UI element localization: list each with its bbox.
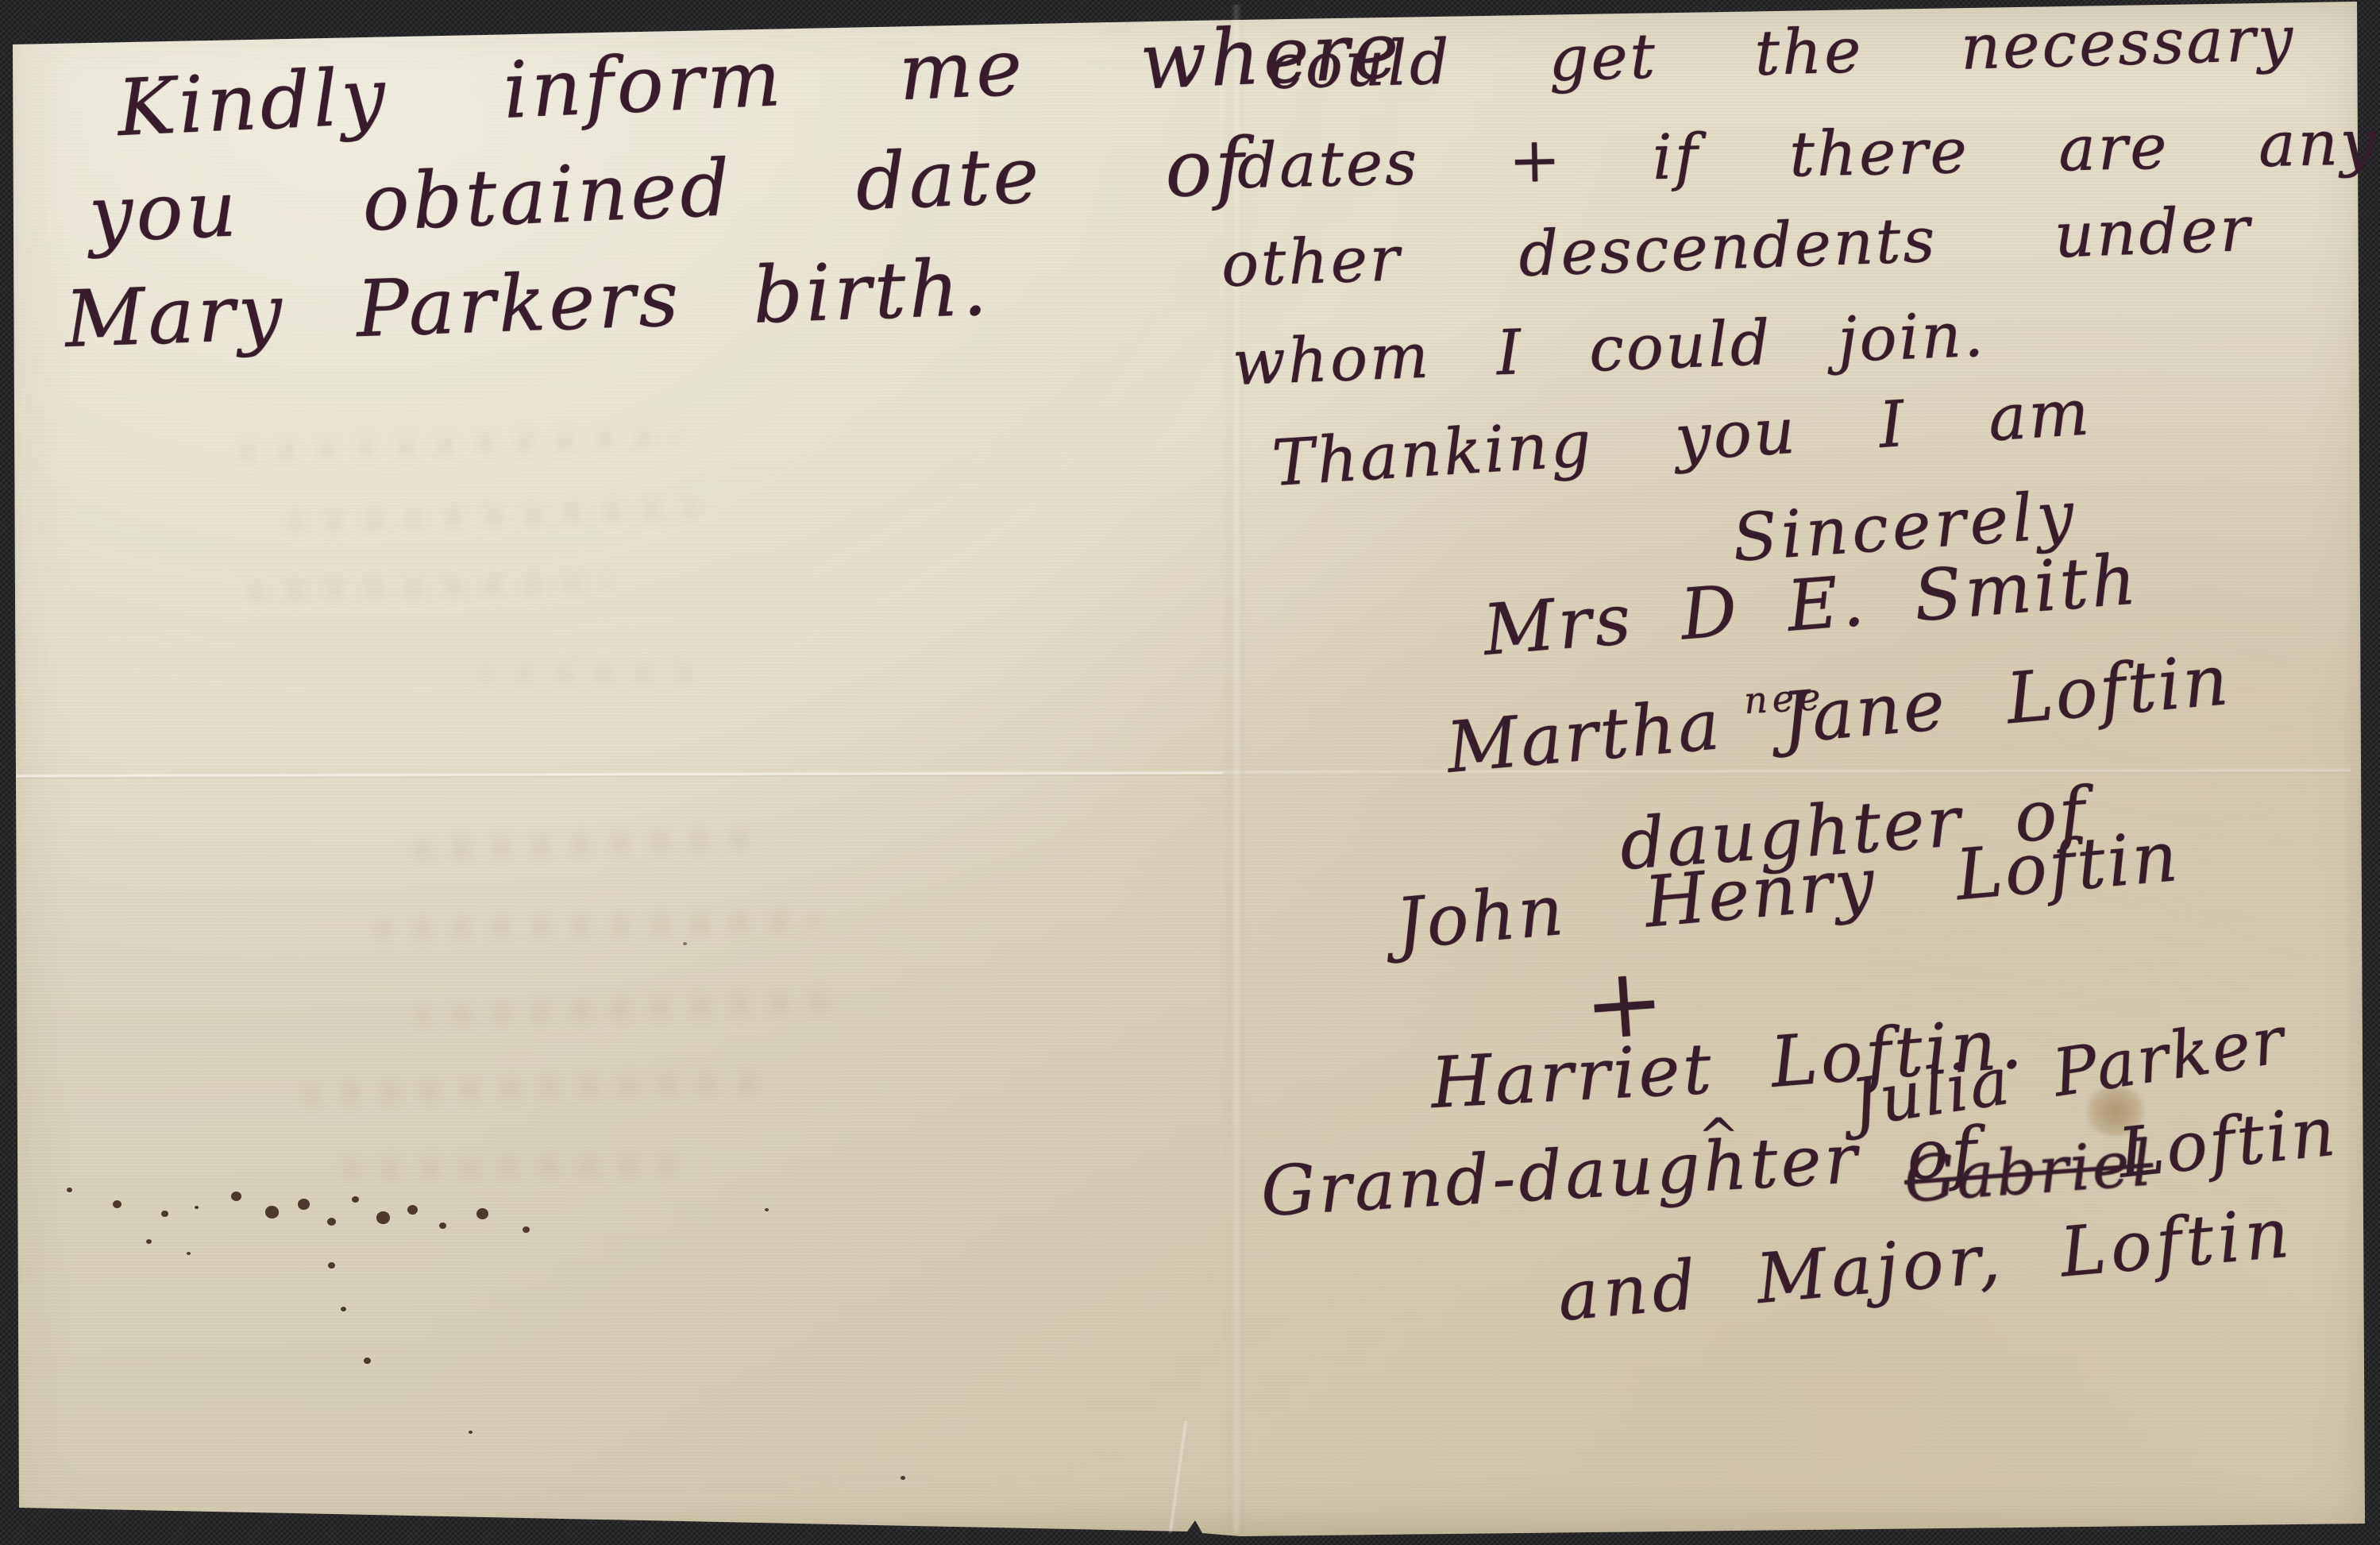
bleedthrough-mark [476, 661, 715, 685]
ink-spatter [67, 1188, 72, 1192]
mother-first-name: Harriet [1429, 1032, 1716, 1120]
ink-speck [683, 942, 687, 945]
ink-speck [901, 1476, 905, 1480]
letter-scan: Kindly inform me where you obtained date… [0, 0, 2380, 1545]
